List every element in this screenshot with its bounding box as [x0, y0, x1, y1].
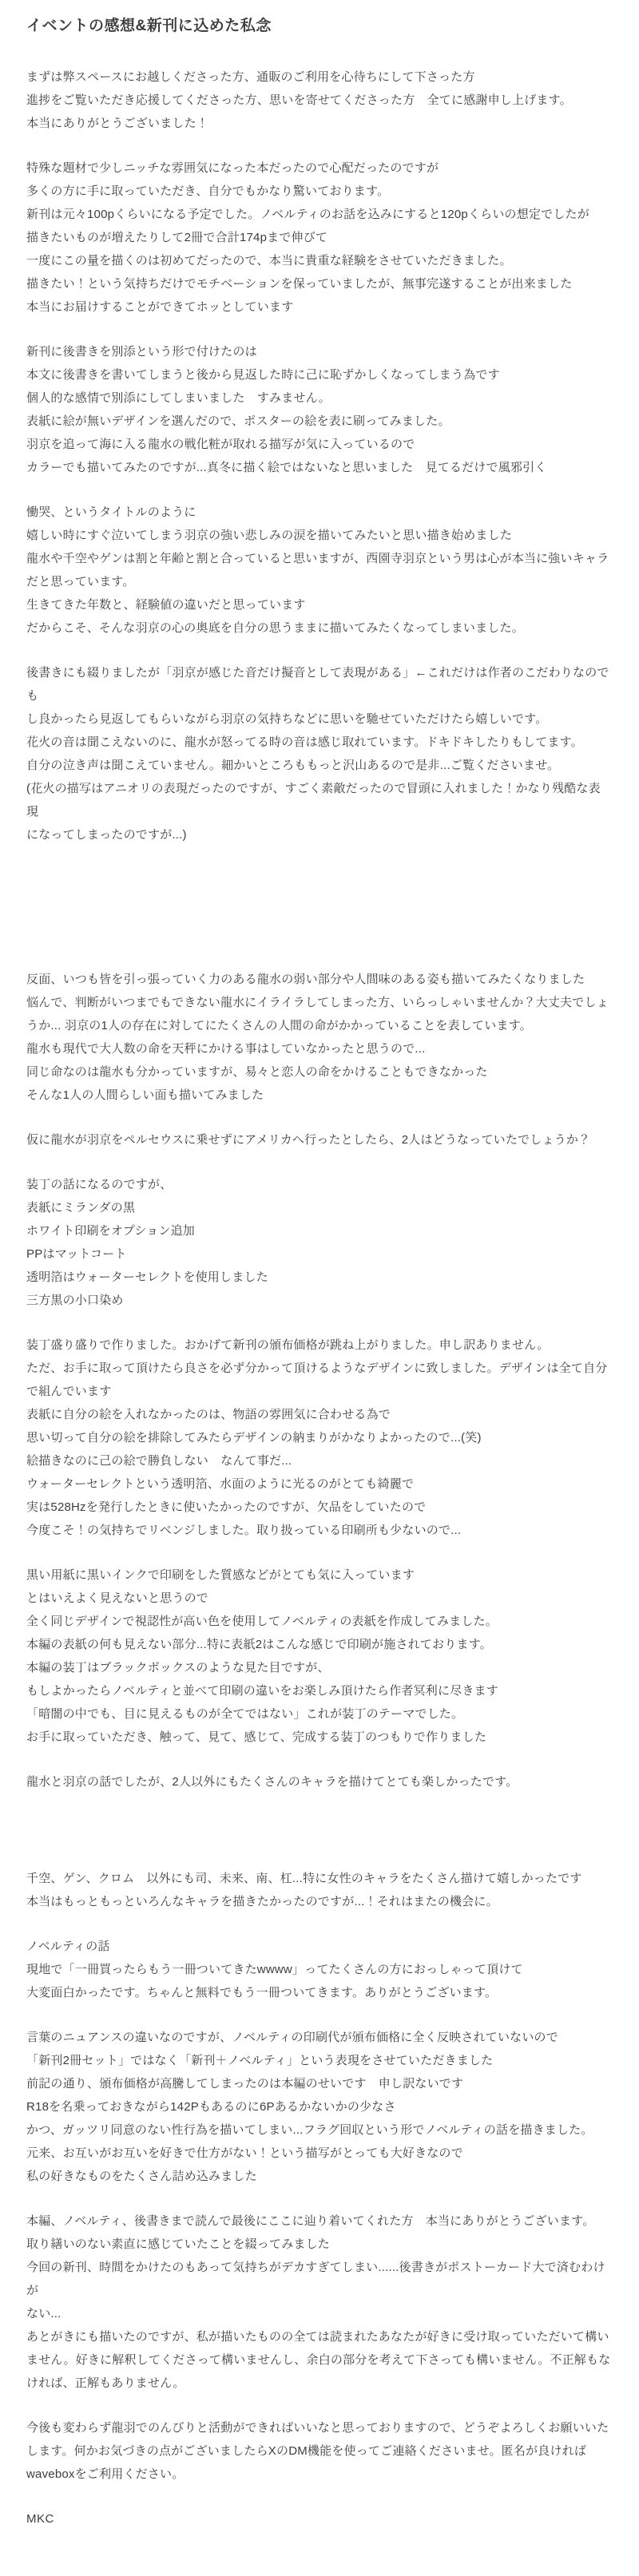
text-line: 透明箔はウォーターセレクトを使用しました: [26, 1266, 612, 1289]
text-line: 三方黒の小口染め: [26, 1289, 612, 1312]
text-line: R18を名乗っておきながら142Pもあるのに6Pあるかないかの少なさ: [26, 2095, 612, 2118]
text-line: 特殊な題材で少しニッチな雰囲気になった本だったので心配だったのですが: [26, 157, 612, 180]
text-line: 取り繕いのない素直に感じていたことを綴ってみました: [26, 2233, 612, 2256]
text-line: 悩んで、判断がいつまでもできない龍水にイライラしてしまった方、いらっしゃいません…: [26, 991, 612, 1014]
text-line: 新刊に後書きを別添という形で付けたのは: [26, 340, 612, 363]
text-line: 実は528Hzを発行したときに使いたかったのですが、欠品をしていたので: [26, 1496, 612, 1519]
text-line: 本編、ノベルティ、後書きまで読んで最後にここに辿り着いてくれた方 本当にありがと…: [26, 2209, 612, 2233]
text-line: 個人的な感情で別添にしてしまいました すみません。: [26, 386, 612, 410]
text-line: 描きたいものが増えたりして2冊で合計174pまで伸びて: [26, 226, 612, 249]
text-line: します。何かお気づきの点がございましたらXのDM機能を使ってご連絡くださいませ。…: [26, 2439, 612, 2463]
paragraph: ノベルティの話 現地で「一冊買ったらもう一冊ついてきたwwww」ってたくさんの方…: [26, 1935, 612, 2004]
text-line: かつ、ガッツリ同意のない性行為を描いてしまい...フラグ回収という形でノベルティ…: [26, 2118, 612, 2142]
text-line: ません。好きに解釈してくださって構いませんし、余白の部分を考えて下さっても構いま…: [26, 2348, 612, 2372]
text-line: 今後も変わらず龍羽でのんびりと活動ができればいいなと思っておりますので、どうぞよ…: [26, 2416, 612, 2439]
text-line: 大変面白かったです。ちゃんと無料でもう一冊ついてきます。ありがとうございます。: [26, 1981, 612, 2004]
document-page: イベントの感想&新刊に込めた私念 まずは弊スペースにお越しくださった方、通販のご…: [0, 0, 639, 2576]
text-line: (花火の描写はアニオリの表現だったのですが、すごく素敵だったので冒頭に入れました…: [26, 777, 612, 823]
text-line: 羽京を追って海に入る龍水の戦化粧が取れる描写が気に入っているので: [26, 433, 612, 456]
blank-gap: [26, 1815, 612, 1867]
text-line: とはいえよく見えないと思うので: [26, 1587, 612, 1610]
text-line: 絵描きなのに己の絵で勝負しない なんて事だ...: [26, 1449, 612, 1472]
text-line: 進捗をご覧いただき応援してくださった方、思いを寄せてくださった方 全てに感謝申し…: [26, 89, 612, 112]
text-line: 表紙に自分の絵を入れなかったのは、物語の雰囲気に合わせる為で: [26, 1403, 612, 1426]
text-line: もしよかったらノベルティと並べて印刷の違いをお楽しみ頂けたら作者冥利に尽きます: [26, 1679, 612, 1702]
paragraph: 特殊な題材で少しニッチな雰囲気になった本だったので心配だったのですが 多くの方に…: [26, 157, 612, 319]
text-line: 反面、いつも皆を引っ張っていく力のある龍水の弱い部分や人間味のある姿も描いてみた…: [26, 968, 612, 991]
paragraph: 本編、ノベルティ、後書きまで読んで最後にここに辿り着いてくれた方 本当にありがと…: [26, 2209, 612, 2395]
text-line: お手に取っていただき、触って、見て、感じて、完成する装丁のつもりで作りました: [26, 1726, 612, 1749]
text-line: 装丁の話になるのですが、: [26, 1173, 612, 1196]
text-line: 千空、ゲン、クロム 以外にも司、未来、南、杠...特に女性のキャラをたくさん描け…: [26, 1867, 612, 1890]
paragraph: 装丁盛り盛りで作りました。おかげて新刊の頒布価格が跳ね上がりました。申し訳ありま…: [26, 1334, 612, 1542]
text-line: ない...: [26, 2302, 612, 2325]
text-line: 本編の装丁はブラックボックスのような見た目ですが、: [26, 1656, 612, 1679]
text-line: 表紙にミランダの黒: [26, 1196, 612, 1219]
text-line: 前記の通り、頒布価格が高騰してしまったのは本編のせいです 申し訳ないです: [26, 2072, 612, 2095]
paragraph: 慟哭、というタイトルのように 嬉しい時にすぐ泣いてしまう羽京の強い悲しみの涙を描…: [26, 501, 612, 640]
text-line: 仮に龍水が羽京をペルセウスに乗せずにアメリカへ行ったとしたら、2人はどうなってい…: [26, 1128, 612, 1151]
text-line: 「新刊2冊セット」ではなく「新刊＋ノベルティ」という表現をさせていただきました: [26, 2049, 612, 2072]
text-line: 本編の表紙の何も見えない部分...特に表紙2はこんな感じで印刷が施されております…: [26, 1633, 612, 1656]
text-line: 思い切って自分の絵を排除してみたらデザインの納まりがかなりよかったので...(笑…: [26, 1426, 612, 1449]
text-line: 後書きにも綴りましたが「羽京が感じた音だけ擬音として表現がある」←これだけは作者…: [26, 661, 612, 707]
text-line: 自分の泣き声は聞こえていません。細かいところももっと沢山あるので是非...ご覧く…: [26, 754, 612, 777]
text-line: あとがきにも描いたのですが、私が描いたものの全ては読まれたあなたが好きに受け取っ…: [26, 2325, 612, 2348]
text-line: 全く同じデザインで視認性が高い色を使用してノベルティの表紙を作成してみました。: [26, 1610, 612, 1633]
text-line: 慟哭、というタイトルのように: [26, 501, 612, 524]
text-line: カラーでも描いてみたのですが...真冬に描く絵ではないなと思いました 見てるだけ…: [26, 456, 612, 479]
paragraph: 黒い用紙に黒いインクで印刷をした質感などがとても気に入っています とはいえよく見…: [26, 1563, 612, 1749]
text-line: 生きてきた年数と、経験値の違いだと思っています: [26, 593, 612, 616]
text-line: 元来、お互いがお互いを好きで仕方がない！という描写がとっても大好きなので: [26, 2142, 612, 2165]
text-line: 装丁盛り盛りで作りました。おかげて新刊の頒布価格が跳ね上がりました。申し訳ありま…: [26, 1334, 612, 1357]
paragraph: 言葉のニュアンスの違いなのですが、ノベルティの印刷代が頒布価格に全く反映されてい…: [26, 2026, 612, 2188]
text-line: まずは弊スペースにお越しくださった方、通販のご利用を心待ちにして下さった方: [26, 65, 612, 89]
text-line: 本当にありがとうございました！: [26, 112, 612, 135]
text-line: 言葉のニュアンスの違いなのですが、ノベルティの印刷代が頒布価格に全く反映されてい…: [26, 2026, 612, 2049]
blank-gap: [26, 868, 612, 968]
text-line: うか... 羽京の1人の存在に対してにたくさんの人間の命がかかっていることを表し…: [26, 1014, 612, 1037]
text-line: 本当はもっともっといろんなキャラを描きたかったのですが...！それはまたの機会に…: [26, 1890, 612, 1913]
text-line: になってしまったのですが...): [26, 823, 612, 846]
paragraph: 龍水と羽京の話でしたが、2人以外にもたくさんのキャラを描けてとても楽しかったです…: [26, 1770, 612, 1793]
text-line: 一度にこの量を描くのは初めてだったので、本当に貴重な経験をさせていただきました。: [26, 249, 612, 272]
text-line: 今回の新刊、時間をかけたのもあって気持ちがデカすぎてしまい......後書きがポ…: [26, 2256, 612, 2302]
text-line: 多くの方に手に取っていただき、自分でもかなり驚いております。: [26, 180, 612, 203]
text-line: 同じ命なのは龍水も分かっていますが、易々と恋人の命をかけることもできなかった: [26, 1060, 612, 1084]
text-line: 新刊は元々100pくらいになる予定でした。ノベルティのお話を込みにすると120p…: [26, 203, 612, 226]
text-line: ノベルティの話: [26, 1935, 612, 1958]
text-line: だと思っています。: [26, 570, 612, 593]
text-line: 本文に後書きを書いてしまうと後から見返した時に己に恥ずかしくなってしまう為です: [26, 363, 612, 386]
text-line: 龍水と羽京の話でしたが、2人以外にもたくさんのキャラを描けてとても楽しかったです…: [26, 1770, 612, 1793]
signature: MKC: [26, 2507, 612, 2530]
paragraph: 仮に龍水が羽京をペルセウスに乗せずにアメリカへ行ったとしたら、2人はどうなってい…: [26, 1128, 612, 1151]
text-line: 現地で「一冊買ったらもう一冊ついてきたwwww」ってたくさんの方におっしゃって頂…: [26, 1958, 612, 1981]
text-line: 嬉しい時にすぐ泣いてしまう羽京の強い悲しみの涙を描いてみたいと思い描き始めました: [26, 524, 612, 547]
paragraph: 反面、いつも皆を引っ張っていく力のある龍水の弱い部分や人間味のある姿も描いてみた…: [26, 968, 612, 1107]
text-line: ければ、正解もありません。: [26, 2372, 612, 2395]
paragraph: 新刊に後書きを別添という形で付けたのは 本文に後書きを書いてしまうと後から見返し…: [26, 340, 612, 479]
paragraph: 後書きにも綴りましたが「羽京が感じた音だけ擬音として表現がある」←これだけは作者…: [26, 661, 612, 846]
text-line: 本当にお届けすることができてホッとしています: [26, 295, 612, 319]
text-line: し良かったら見返してもらいながら羽京の気持ちなどに思いを馳せていただけたら嬉しい…: [26, 707, 612, 731]
text-line: ウォーターセレクトという透明箔、水面のように光るのがとても綺麗で: [26, 1472, 612, 1496]
text-line: PPはマットコート: [26, 1242, 612, 1266]
text-line: 今度こそ！の気持ちでリベンジしました。取り扱っている印刷所も少ないので...: [26, 1519, 612, 1542]
signature-text: MKC: [26, 2507, 612, 2530]
text-line: 描きたい！という気持ちだけでモチベーションを保っていましたが、無事完遂することが…: [26, 272, 612, 295]
text-line: ただ、お手に取って頂けたら良さを必ず分かって頂けるようなデザインに致しました。デ…: [26, 1357, 612, 1380]
paragraph: 今後も変わらず龍羽でのんびりと活動ができればいいなと思っておりますので、どうぞよ…: [26, 2416, 612, 2486]
page-title: イベントの感想&新刊に込めた私念: [26, 16, 612, 37]
text-line: 龍水や千空やゲンは割と年齢と割と合っていると思いますが、西園寺羽京という男は心が…: [26, 547, 612, 570]
paragraph: まずは弊スペースにお越しくださった方、通販のご利用を心待ちにして下さった方 進捗…: [26, 65, 612, 135]
paragraph: 装丁の話になるのですが、 表紙にミランダの黒 ホワイト印刷をオプション追加 PP…: [26, 1173, 612, 1312]
text-line: だからこそ、そんな羽京の心の奥底を自分の思うままに描いてみたくなってしまいました…: [26, 616, 612, 640]
text-line: 表紙に絵が無いデザインを選んだので、ポスターの絵を表に刷ってみました。: [26, 410, 612, 433]
text-line: waveboxをご利用ください。: [26, 2463, 612, 2486]
text-line: 花火の音は聞こえないのに、龍水が怒ってる時の音は感じ取れています。ドキドキしたり…: [26, 731, 612, 754]
text-line: で組んでいます: [26, 1380, 612, 1403]
text-line: そんな1人の人間らしい面も描いてみました: [26, 1084, 612, 1107]
text-line: ホワイト印刷をオプション追加: [26, 1219, 612, 1242]
text-line: 「暗闇の中でも、目に見えるものが全てではない」これが装丁のテーマでした。: [26, 1702, 612, 1726]
paragraph: 千空、ゲン、クロム 以外にも司、未来、南、杠...特に女性のキャラをたくさん描け…: [26, 1867, 612, 1913]
text-line: 龍水も現代で大人数の命を天秤にかける事はしていなかったと思うので...: [26, 1037, 612, 1060]
text-line: 黒い用紙に黒いインクで印刷をした質感などがとても気に入っています: [26, 1563, 612, 1587]
text-line: 私の好きなものをたくさん詰め込みました: [26, 2165, 612, 2188]
